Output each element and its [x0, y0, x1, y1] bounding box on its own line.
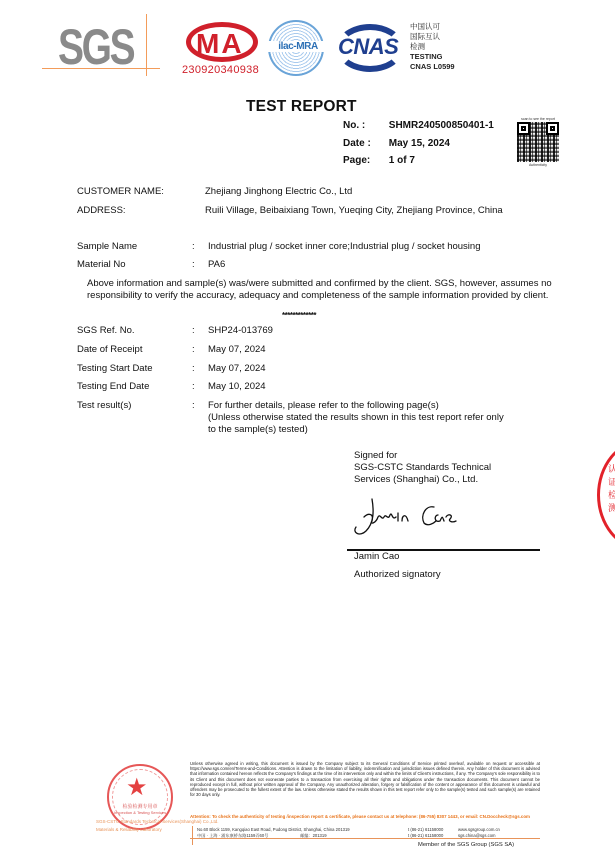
separator-stars: ************* [282, 311, 316, 320]
cma-logo: MA 230920340938 [182, 22, 262, 80]
logo-divider [146, 14, 147, 76]
testing-start-label: Testing Start Date [77, 363, 153, 374]
colon: : [192, 363, 195, 374]
testing-start-value: May 07, 2024 [208, 363, 266, 374]
test-results-line: (Unless otherwise stated the results sho… [208, 412, 548, 424]
stamp-cn-text: 检验检测专用章 [109, 803, 171, 810]
website-link[interactable]: www.sgsgroup.com.cn [458, 827, 500, 832]
customer-name-value: Zhejiang Jinghong Electric Co., Ltd [205, 186, 352, 197]
colon: : [192, 259, 195, 270]
sgs-logo: SGS [58, 22, 158, 74]
report-date-row: Date : May 15, 2024 [343, 138, 450, 149]
report-page-value: 1 of 7 [389, 155, 415, 166]
address-label: ADDRESS: [77, 205, 126, 216]
sample-name-label: Sample Name [77, 241, 137, 252]
testing-end-value: May 10, 2024 [208, 381, 266, 392]
stamp-en-text: Inspection & Testing Services [109, 810, 171, 815]
authenticity-notice: Attention: To check the authenticity of … [190, 814, 540, 819]
cma-text: MA [196, 28, 244, 60]
logo-divider [42, 68, 160, 69]
signed-for-block: Signed for SGS-CSTC Standards Technical … [354, 450, 491, 487]
test-results-line: For further details, please refer to the… [208, 400, 548, 412]
colon: : [192, 344, 195, 355]
qr-caption: scan to see the report [517, 117, 559, 121]
date-of-receipt-label: Date of Receipt [77, 344, 142, 355]
report-number-row: No. : SHMR240500850401-1 [343, 120, 494, 131]
signed-for-line: Signed for [354, 450, 491, 462]
signatory-name: Jamin Cao [354, 551, 399, 562]
handwritten-signature [350, 493, 470, 543]
cnas-info-line: TESTING [410, 52, 455, 62]
colon: : [192, 241, 195, 252]
report-title: TEST REPORT [246, 98, 357, 116]
test-results-line: to the sample(s) tested) [208, 424, 548, 436]
star-icon: ★ [126, 776, 148, 800]
cnas-text: CNAS [338, 34, 398, 60]
qr-code-block[interactable]: scan to see the report Authenticity [517, 117, 559, 167]
phone-1: t (86-21) 61158000 [408, 827, 443, 832]
stamp-chars: 认证检测 [608, 463, 615, 515]
report-page-label: Page: [343, 155, 386, 166]
colon: : [192, 325, 195, 336]
qr-footer: Authenticity [517, 163, 559, 167]
sgs-ref-value: SHP24-013769 [208, 325, 273, 336]
cma-number: 230920340938 [182, 64, 259, 76]
sgs-ref-label: SGS Ref. No. [77, 325, 135, 336]
cnas-info: 中国认可 国际互认 检测 TESTING CNAS L0599 [410, 22, 455, 72]
cnas-info-line: 国际互认 [410, 32, 455, 42]
red-stamp-partial: 认证检测 [597, 440, 615, 550]
report-date-label: Date : [343, 138, 386, 149]
footer-divider [192, 826, 193, 845]
test-results-value: For further details, please refer to the… [208, 400, 548, 437]
cnas-info-line: CNAS L0599 [410, 62, 455, 72]
address-value: Ruili Village, Beibaixiang Town, Yueqing… [205, 205, 503, 216]
report-number-label: No. : [343, 120, 386, 131]
report-page-row: Page: 1 of 7 [343, 155, 415, 166]
disclaimer-paragraph: Above information and sample(s) was/were… [87, 278, 557, 303]
colon: : [192, 381, 195, 392]
footer-rule [190, 838, 540, 839]
testing-end-label: Testing End Date [77, 381, 149, 392]
sgs-group-member: Member of the SGS Group (SGS SA) [418, 842, 514, 848]
signed-for-line: SGS-CSTC Standards Technical [354, 462, 491, 474]
report-date-value: May 15, 2024 [389, 138, 450, 149]
date-of-receipt-value: May 07, 2024 [208, 344, 266, 355]
cnas-info-line: 检测 [410, 42, 455, 52]
customer-name-label: CUSTOMER NAME: [77, 186, 164, 197]
material-no-label: Material No [77, 259, 126, 270]
signatory-role: Authorized signatory [354, 569, 441, 580]
sample-name-value: Industrial plug / socket inner core;Indu… [208, 241, 481, 252]
address-en: No.60 Block 1159, Kangqiao East Road, Pu… [197, 827, 350, 832]
report-number-value: SHMR240500850401-1 [389, 120, 494, 131]
qr-code-icon[interactable] [517, 122, 559, 162]
ilac-text: ilac-MRA [268, 41, 328, 52]
cnas-logo: CNAS [336, 22, 404, 74]
ilac-mra-logo: ilac-MRA [268, 20, 324, 76]
signed-for-line: Services (Shanghai) Co., Ltd. [354, 474, 491, 486]
cnas-info-line: 中国认可 [410, 22, 455, 32]
legal-disclaimer: Unless otherwise agreed in writing, this… [190, 761, 540, 797]
colon: : [192, 400, 195, 411]
test-results-label: Test result(s) [77, 400, 131, 411]
material-no-value: PA6 [208, 259, 225, 270]
